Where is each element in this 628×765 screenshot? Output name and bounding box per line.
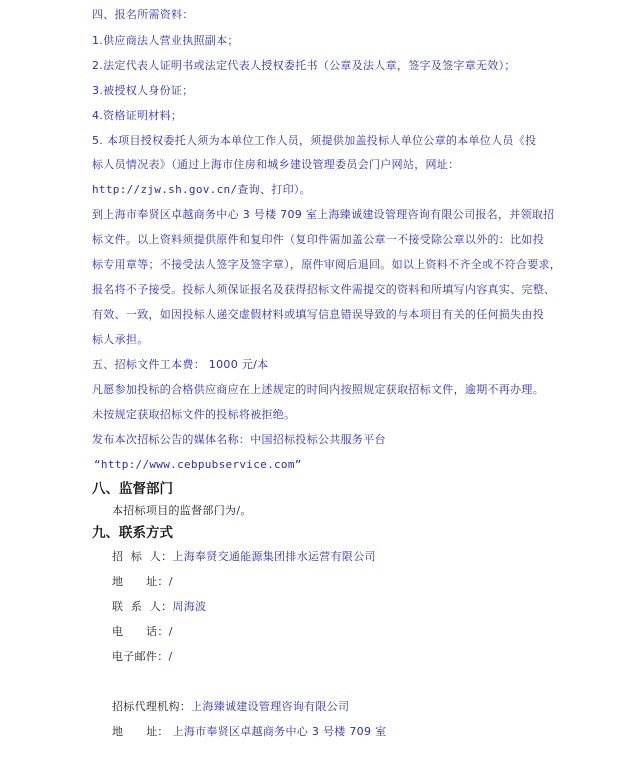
section-4-title: 四、报名所需资料： xyxy=(92,8,194,22)
register-line-5: 有效、一致，如因投标人递交虚假材料或填写信息错误导致的与本项目有关的任何损失由投 xyxy=(92,308,544,322)
contact-row-tenderer: 招 标 人：上海奉贤交通能源集团排水运营有限公司 xyxy=(112,550,376,564)
supervision-suffix: 。 xyxy=(240,504,251,517)
contact-row-phone: 电 话：/ xyxy=(112,625,173,639)
zjw-url-link[interactable]: http://zjw.sh.gov.cn/查询、打印）。 xyxy=(92,183,311,197)
section-5-line-2: 未按规定获取招标文件的投标将被拒绝。 xyxy=(92,408,295,422)
requirement-item-5-line-2: 标人员情况表》（通过上海市住房和城乡建设管理委员会门户网站，网址： xyxy=(92,158,459,172)
agency-address-label: 地 址： xyxy=(112,725,169,739)
tenderer-value: 上海奉贤交通能源集团排水运营有限公司 xyxy=(172,550,375,563)
register-line-2: 标文件。以上资料须提供原件和复印件（复印件需加盖公章一不接受除公章以外的：比如投 xyxy=(92,233,544,247)
register-line-1: 到上海市奉贤区卓越商务中心 3 号楼 709 室上海臻诚建设管理咨询有限公司报名… xyxy=(92,208,554,222)
section-9-heading: 九、联系方式 xyxy=(92,525,173,541)
agency-address-value: 上海市奉贤区卓越商务中心 3 号楼 709 室 xyxy=(169,725,387,738)
cebpubservice-url-link[interactable]: “http://www.cebpubservice.com” xyxy=(94,458,302,472)
register-line-4: 报名将不予接受。投标人须保证报名及获得招标文件需提交的资料和所填写内容真实、完整… xyxy=(92,283,555,297)
email-label: 电子邮件： xyxy=(112,650,169,664)
section-5-line-1: 凡愿参加投标的合格供应商应在上述规定的时间内按照规定获取招标文件，逾期不再办理。 xyxy=(92,383,544,397)
phone-value: / xyxy=(169,625,173,638)
section-5-line-3: 发布本次招标公告的媒体名称：中国招标投标公共服务平台 xyxy=(92,433,386,447)
email-value: / xyxy=(169,650,173,663)
contact-row-address: 地 址：/ xyxy=(112,575,173,589)
contact-row-email: 电子邮件：/ xyxy=(112,650,173,664)
requirement-item-3: 3.被授权人身份证； xyxy=(92,84,194,98)
contact-row-person: 联 系 人：周海波 xyxy=(112,600,206,614)
tenderer-label: 招 标 人： xyxy=(112,550,172,564)
supervision-label: 本招标项目的监督部门为 xyxy=(112,504,236,517)
contact-row-agency-address: 地 址： 上海市奉贤区卓越商务中心 3 号楼 709 室 xyxy=(112,725,386,739)
contact-row-agency: 招标代理机构：上海臻诚建设管理咨询有限公司 xyxy=(112,700,349,714)
requirement-item-5-line-1: 5. 本项目授权委托人须为本单位工作人员，须提供加盖投标人单位公章的本单位人员《… xyxy=(92,134,536,148)
agency-label: 招标代理机构： xyxy=(112,700,191,714)
requirement-item-2: 2.法定代表人证明书或法定代表人授权委托书（公章及法人章，签字及签字章无效）； xyxy=(92,59,516,73)
phone-label: 电 话： xyxy=(112,625,169,639)
register-line-6: 标人承担。 xyxy=(92,333,149,347)
contact-label: 联 系 人： xyxy=(112,600,172,614)
requirement-item-1: 1.供应商法人营业执照副本； xyxy=(92,34,239,48)
address-value: / xyxy=(169,575,173,588)
section-5-title: 五、招标文件工本费： 1000 元/本 xyxy=(92,358,268,372)
agency-value: 上海臻诚建设管理咨询有限公司 xyxy=(191,700,349,713)
contact-value: 周海波 xyxy=(172,600,206,613)
address-label: 地 址： xyxy=(112,575,169,589)
section-8-heading: 八、监督部门 xyxy=(92,481,173,497)
requirement-item-4: 4.资格证明材料； xyxy=(92,109,182,123)
supervision-text: 本招标项目的监督部门为/。 xyxy=(112,504,252,518)
register-line-3: 标专用章等；不接受法人签字及签字章），原件审阅后退回。如以上资料不齐全或不符合要… xyxy=(92,258,561,272)
